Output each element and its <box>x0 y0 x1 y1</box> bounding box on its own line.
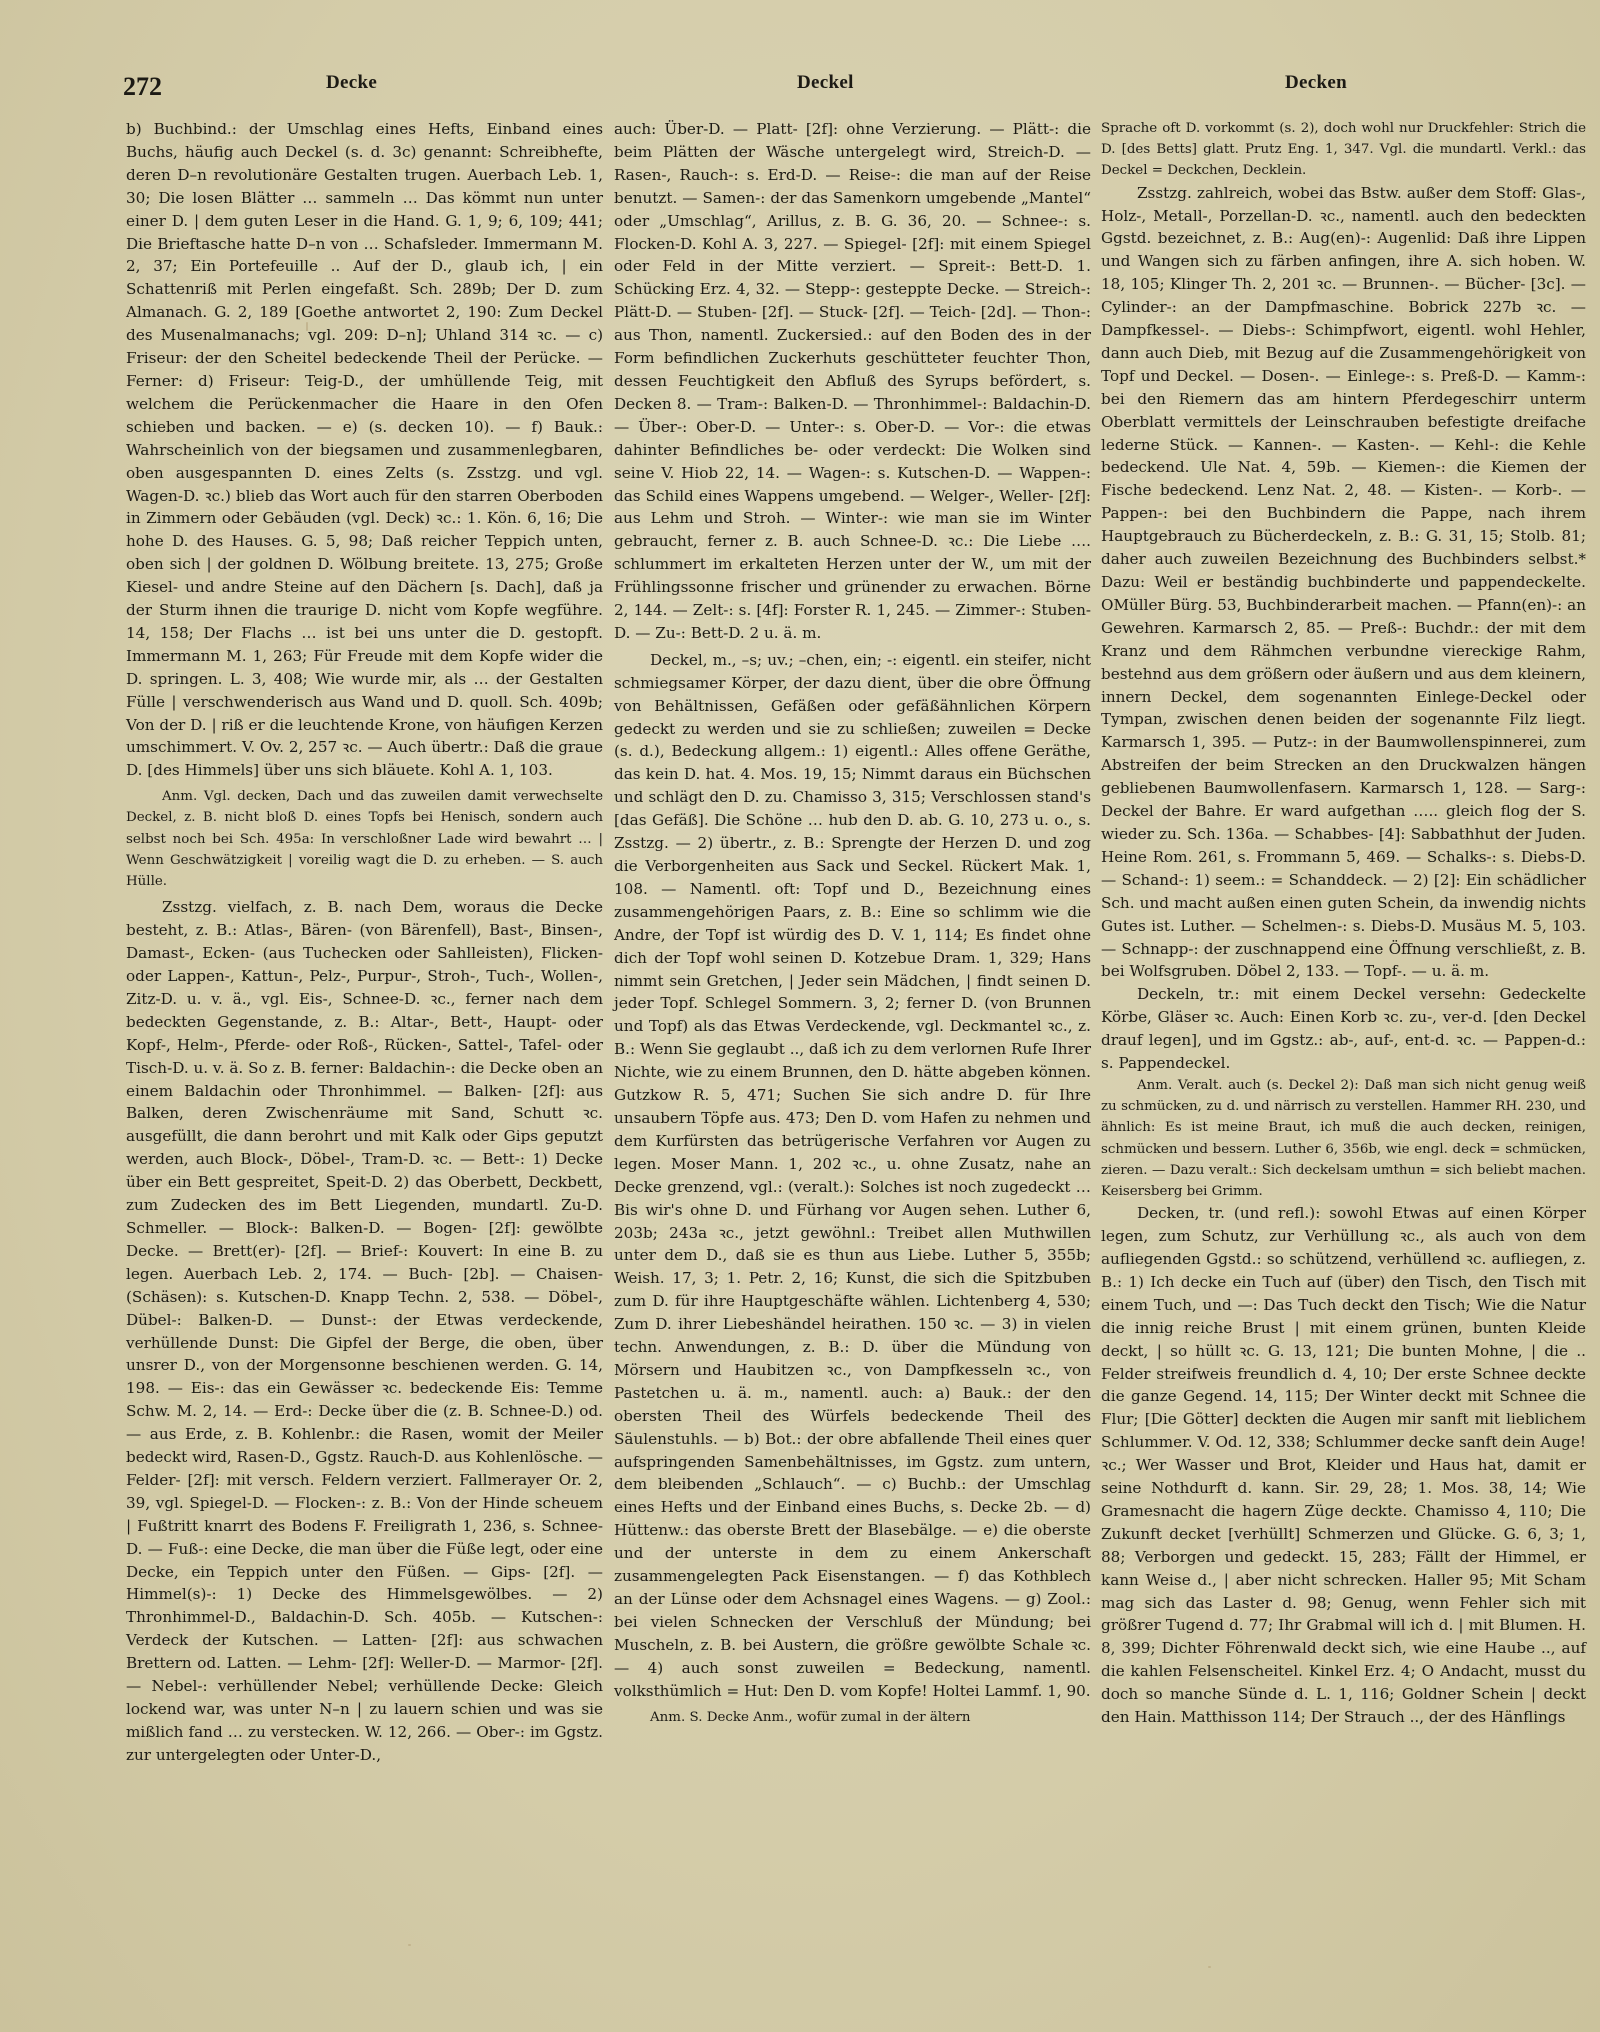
note-paragraph: Anm. S. Decke Anm., wofür zumal in der ä… <box>614 1707 1091 1728</box>
paper-speck <box>408 1944 411 1946</box>
running-head-right: Decken <box>1285 72 1347 94</box>
page-number: 272 <box>123 72 162 102</box>
entry-paragraph: b) Buchbind.: der Umschlag eines Hefts, … <box>126 118 603 782</box>
compounds-paragraph: Zsstzg. zahlreich, wobei das Bstw. außer… <box>1101 182 1586 984</box>
running-head-left: Decke <box>326 72 377 94</box>
note-paragraph: Anm. Veralt. auch (s. Deckel 2): Daß man… <box>1101 1075 1586 1202</box>
note-continuation: Sprache oft D. vorkommt (s. 2), doch woh… <box>1101 118 1586 182</box>
column-right: Sprache oft D. vorkommt (s. 2), doch woh… <box>1101 118 1586 1729</box>
page-header: 272 Decke Deckel Decken <box>0 66 1600 106</box>
paper-speck <box>1208 1966 1211 1968</box>
paper-speck <box>306 322 308 331</box>
column-middle: auch: Über-D. — Platt- [2f]: ohne Verzie… <box>614 118 1091 1728</box>
running-head-center: Deckel <box>797 72 854 94</box>
headword-entry-decken: Decken, tr. (und refl.): sowohl Etwas au… <box>1101 1202 1586 1729</box>
entry-paragraph: auch: Über-D. — Platt- [2f]: ohne Verzie… <box>614 118 1091 645</box>
compounds-paragraph: Zsstzg. vielfach, z. B. nach Dem, woraus… <box>126 896 603 1766</box>
note-paragraph: Anm. Vgl. decken, Dach und das zuweilen … <box>126 786 603 892</box>
headword-entry-deckeln: Deckeln, tr.: mit einem Deckel versehn: … <box>1101 983 1586 1075</box>
column-left: b) Buchbind.: der Umschlag eines Hefts, … <box>126 118 603 1767</box>
headword-entry-deckel: Deckel, m., –s; uv.; –chen, ein; -: eige… <box>614 649 1091 1703</box>
